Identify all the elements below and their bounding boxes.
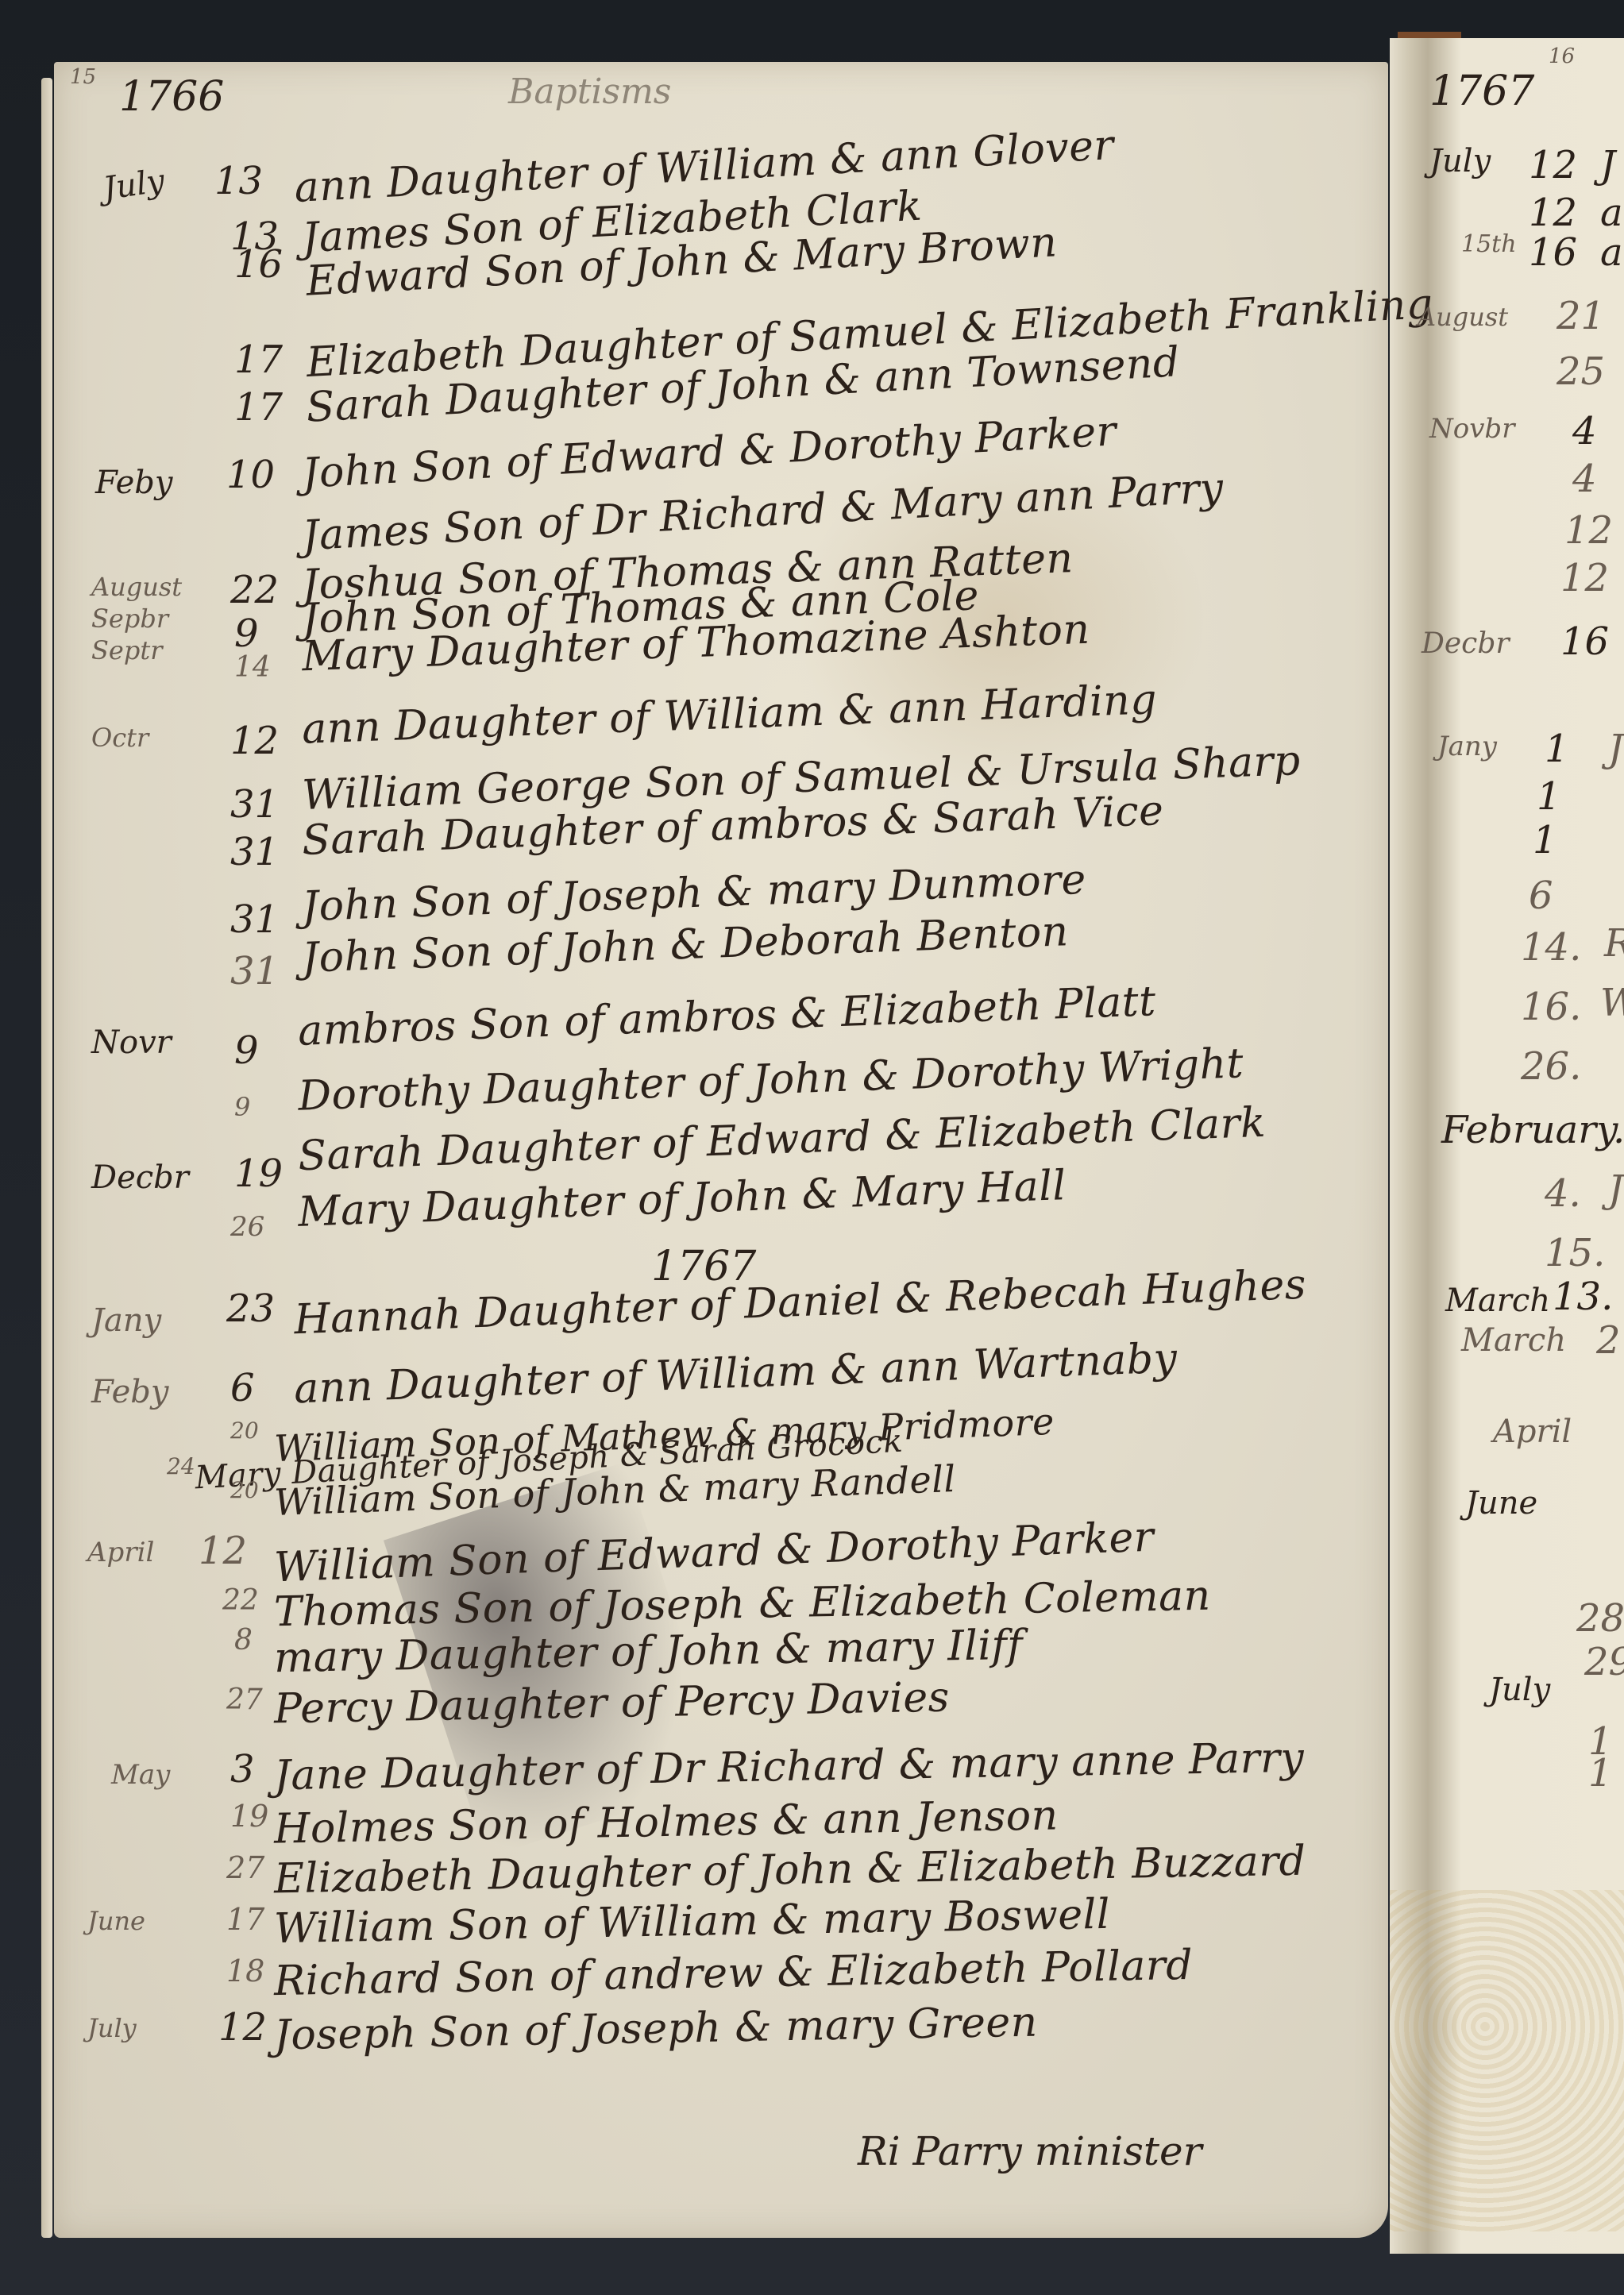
entry-day: 13 — [214, 159, 263, 203]
row-text: R — [1604, 921, 1624, 966]
entry-day: 31 — [230, 830, 279, 874]
row-day: 4. — [1545, 1171, 1581, 1216]
row-day: 16 — [1529, 230, 1577, 275]
entry-day: 12 — [218, 2005, 267, 2050]
entry-day: 16 — [234, 242, 283, 287]
entry-day: 10 — [226, 453, 275, 497]
entry-day: 9 — [234, 611, 259, 656]
minister-signature: Ri Parry minister — [858, 2128, 1202, 2174]
entry-day: 17 — [234, 385, 283, 430]
row-day: 2 — [1596, 1318, 1621, 1363]
entry-day: 17 — [226, 1902, 264, 1937]
row-text: a — [1600, 191, 1623, 235]
right-page-year: 1767 — [1429, 67, 1534, 115]
right-page-stain — [1390, 1890, 1624, 2231]
row-month: Decbr — [1421, 627, 1510, 660]
entry-month: Decbr — [91, 1159, 189, 1196]
entry-day: 24 — [167, 1453, 195, 1479]
row-day: 14. — [1521, 925, 1581, 970]
entry-day: 23 — [226, 1286, 275, 1331]
entry-month: Sepbr — [91, 604, 168, 634]
row-day: 1 — [1537, 774, 1561, 819]
entry-month: Feby — [91, 1374, 168, 1410]
row-day: 12 — [1564, 508, 1613, 553]
entry-month: Septr — [91, 635, 163, 665]
row-day: 16 — [1560, 619, 1609, 664]
row-month: July — [1489, 1672, 1550, 1708]
right-page-number: 16 — [1549, 44, 1575, 68]
entry-day: 12 — [199, 1529, 247, 1573]
row-day: 4 — [1572, 409, 1597, 453]
row-month: Jany — [1437, 731, 1497, 762]
entry-day: 3 — [230, 1747, 255, 1792]
row-month: March — [1461, 1322, 1566, 1359]
row-day: 26. — [1521, 1044, 1581, 1089]
entry-month: April — [87, 1537, 154, 1568]
entry-day: 9 — [234, 1028, 259, 1073]
row-text: a — [1600, 230, 1623, 275]
page-number: 15 — [70, 65, 96, 89]
row-day: 21 — [1556, 294, 1605, 338]
row-month: August — [1418, 302, 1508, 332]
row-day: 28 — [1576, 1596, 1624, 1641]
entry-day: 26 — [230, 1211, 264, 1243]
row-day: 1 — [1545, 727, 1569, 771]
page-heading: Baptisms — [508, 71, 671, 112]
row-day: 12 — [1529, 191, 1577, 235]
row-day: 13. — [1553, 1275, 1613, 1319]
row-text: J — [1608, 727, 1623, 771]
row-month: Novbr — [1429, 413, 1514, 445]
entry-day: 9 — [234, 1092, 250, 1122]
row-month: February. — [1441, 1108, 1624, 1152]
row-month: March — [1445, 1282, 1550, 1319]
entry-month: Octr — [91, 723, 149, 753]
entry-month: June — [87, 1906, 145, 1936]
entry-day: 27 — [226, 1684, 263, 1716]
entry-day: 22 — [222, 1584, 259, 1617]
entry-month: July — [87, 2013, 137, 2043]
row-day: 15. — [1545, 1231, 1605, 1275]
row-day: 12 — [1529, 143, 1577, 187]
entry-day: 20 — [230, 1477, 259, 1503]
entry-day: 17 — [234, 337, 283, 382]
row-day: 25 — [1556, 349, 1605, 394]
entry-day: 12 — [230, 719, 279, 763]
row-text: W — [1600, 981, 1624, 1025]
page-year: 1766 — [119, 73, 224, 121]
entry-day: 19 — [230, 1799, 268, 1834]
entry-day: 20 — [230, 1417, 259, 1444]
row-day: 4 — [1572, 457, 1597, 501]
row-day: 1 — [1533, 818, 1557, 862]
row-month: July — [1429, 143, 1491, 179]
row-day: 29 — [1584, 1640, 1624, 1684]
row-month: June — [1465, 1485, 1537, 1522]
row-text: J — [1608, 1167, 1623, 1212]
entry-day: 18 — [226, 1954, 264, 1988]
entry-month: Jany — [91, 1302, 161, 1339]
entry-day: 31 — [230, 949, 279, 993]
entry-day: 8 — [234, 1624, 253, 1657]
row-month: April — [1493, 1414, 1572, 1450]
row-text: J — [1600, 143, 1615, 187]
entry-month: Feby — [95, 465, 172, 501]
entry-day: 6 — [230, 1366, 255, 1410]
row-day: 6 — [1529, 874, 1553, 918]
entry-day: 27 — [226, 1850, 264, 1885]
entry-month: Novr — [91, 1024, 172, 1061]
entry-month: May — [111, 1759, 170, 1791]
row-day: 1 — [1588, 1751, 1613, 1795]
entry-day: 31 — [230, 897, 279, 942]
entry-day: 31 — [230, 782, 279, 827]
entry-day: 22 — [230, 568, 279, 612]
entry-day: 19 — [234, 1151, 283, 1196]
row-day: 12 — [1560, 556, 1609, 600]
entry-day: 14 — [234, 651, 271, 684]
row-day: 16. — [1521, 985, 1581, 1029]
entry-month: August — [91, 572, 182, 602]
row-month: 15th — [1461, 230, 1517, 258]
